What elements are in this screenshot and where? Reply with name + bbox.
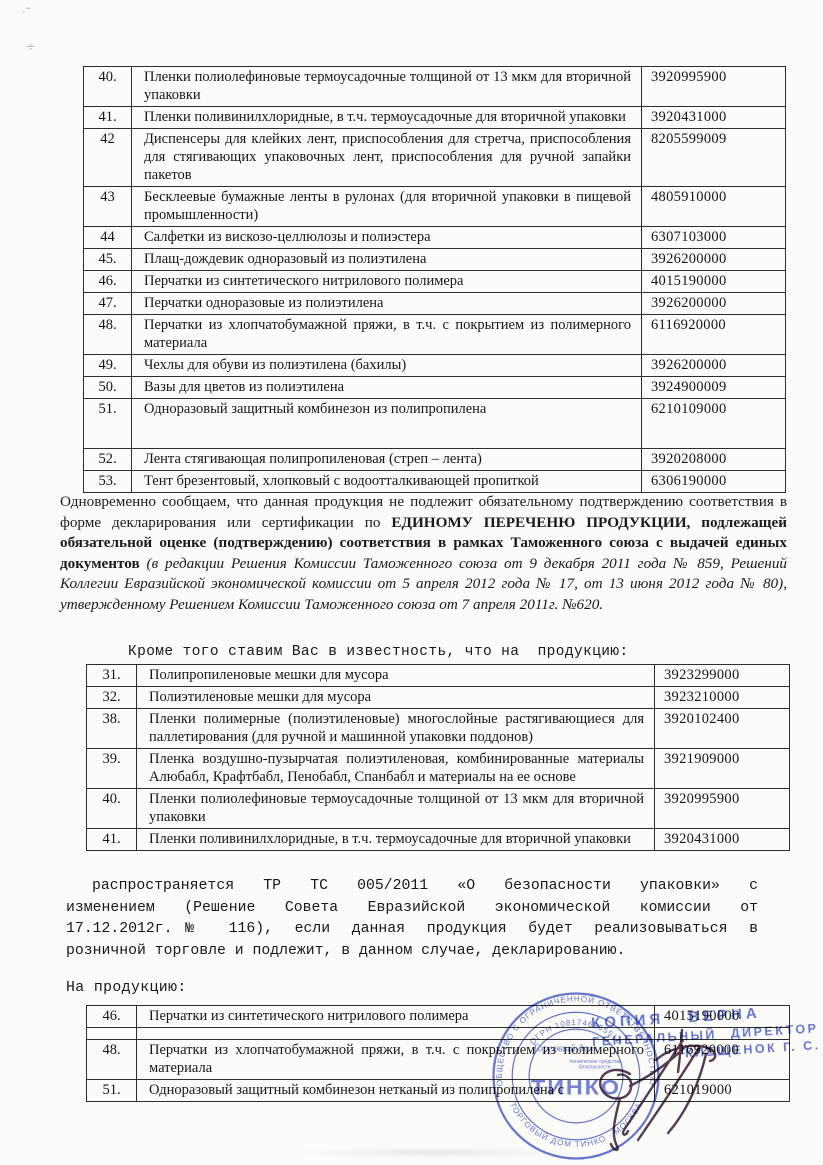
heading-krome-togo: Кроме того ставим Вас в известность, что… [128,644,629,660]
cell-desc: Полиэтиленовые мешки для мусора [137,687,655,709]
pencil-mark: ·˜ [22,6,31,19]
cell-num: 48. [87,1040,137,1080]
statement-italic: (в редакции Решения Комиссии Таможенного… [60,555,787,613]
scanned-document-page: ·˜ ÷ 40.Пленки полиолефиновые термоусадо… [0,0,823,1165]
cell-code: 3920208000 [642,449,786,471]
table-row: 41.Пленки поливинилхлоридные, в т.ч. тер… [87,829,790,851]
cell-code: 3920431000 [655,829,790,851]
products-table-middle: 31.Полипропиленовые мешки для мусора3923… [86,664,790,851]
signature [560,1018,740,1160]
cell-num [87,1028,137,1040]
cell-code: 3926200000 [642,249,786,271]
cell-num: 32. [87,687,137,709]
cell-desc: Диспенсеры для клейких лент, приспособле… [132,129,642,187]
cell-code: 3920431000 [642,107,786,129]
cell-desc: Пленки полимерные (полиэтиленовые) много… [137,709,655,749]
cell-desc: Перчатки одноразовые из полиэтилена [132,293,642,315]
table-row: 40.Пленки полиолефиновые термоусадочные … [84,67,786,107]
cell-num: 44 [84,227,132,249]
table-row: 38.Пленки полимерные (полиэтиленовые) мн… [87,709,790,749]
table-row: 50.Вазы для цветов из полиэтилена3924900… [84,377,786,399]
table-row: 44Салфетки из вискозо-целлюлозы и полиэс… [84,227,786,249]
cell-num: 46. [84,271,132,293]
mono-paragraph-line: розничной торговле и подлежит, в данном … [66,941,758,963]
mono-paragraph-line: 17.12.2012г.№ 116), если данная продукци… [66,919,758,941]
cell-desc: Пленки поливинилхлоридные, в т.ч. термоу… [132,107,642,129]
cell-code: 8205599009 [642,129,786,187]
cell-desc: Одноразовый защитный комбинезон из полип… [132,399,642,449]
table-row: 39.Пленка воздушно-пузырчатая полиэтилен… [87,749,790,789]
cell-num: 49. [84,355,132,377]
cell-num: 48. [84,315,132,355]
cell-desc: Перчатки из хлопчатобумажной пряжи, в т.… [132,315,642,355]
cell-num: 51. [87,1080,137,1102]
cell-desc: Бесклеевые бумажные ленты в рулонах (для… [132,187,642,227]
cell-num: 51. [84,399,132,449]
products-table-upper: 40.Пленки полиолефиновые термоусадочные … [83,66,786,493]
cell-num: 40. [87,789,137,829]
cell-desc: Чехлы для обуви из полиэтилена (бахилы) [132,355,642,377]
table-row: 40.Пленки полиолефиновые термоусадочные … [87,789,790,829]
tr-ts-paragraph: распространяется ТР ТС 005/2011 «О безоп… [66,876,758,962]
table-row: 48.Перчатки из хлопчатобумажной пряжи, в… [84,315,786,355]
cell-num: 45. [84,249,132,271]
cell-num: 41. [84,107,132,129]
pencil-mark: ÷ [26,40,35,53]
cell-num: 38. [87,709,137,749]
cell-num: 52. [84,449,132,471]
cell-desc: Тент брезентовый, хлопковый с водоотталк… [132,471,642,493]
cell-desc: Плащ-дождевик одноразовый из полиэтилена [132,249,642,271]
cell-desc: Пленки поливинилхлоридные, в т.ч. термоу… [137,829,655,851]
table-row: 45.Плащ-дождевик одноразовый из полиэтил… [84,249,786,271]
cell-code: 3920995900 [655,789,790,829]
cell-code: 3921909000 [655,749,790,789]
cell-desc: Пленки полиолефиновые термоусадочные тол… [132,67,642,107]
cell-desc: Пленки полиолефиновые термоусадочные тол… [137,789,655,829]
table-row: 31.Полипропиленовые мешки для мусора3923… [87,665,790,687]
table-row: 43Бесклеевые бумажные ленты в рулонах (д… [84,187,786,227]
cell-code: 3923299000 [655,665,790,687]
cell-num: 40. [84,67,132,107]
cell-code: 3926200000 [642,355,786,377]
table-row: 47.Перчатки одноразовые из полиэтилена39… [84,293,786,315]
cell-code: 3920102400 [655,709,790,749]
cell-num: 41. [87,829,137,851]
cell-num: 46. [87,1006,137,1028]
table-row: 51.Одноразовый защитный комбинезон из по… [84,399,786,449]
cell-code: 3923210000 [655,687,790,709]
heading-na-produkciyu: На продукцию: [66,980,187,996]
cell-num: 42 [84,129,132,187]
cell-code: 6306190000 [642,471,786,493]
table-row: 53.Тент брезентовый, хлопковый с водоотт… [84,471,786,493]
cell-desc: Перчатки из синтетического нитрилового п… [132,271,642,293]
cell-code: 6307103000 [642,227,786,249]
cell-code: 4805910000 [642,187,786,227]
table-row: 46.Перчатки из синтетического нитриловог… [84,271,786,293]
cell-num: 39. [87,749,137,789]
mono-paragraph-line: распространяется ТР ТС 005/2011 «О безоп… [66,876,758,898]
cell-code: 4015190000 [642,271,786,293]
cell-desc: Пленка воздушно-пузырчатая полиэтиленова… [137,749,655,789]
mono-paragraph-line: изменением (Решение Совета Евразийской э… [66,898,758,920]
scan-smudge [300,1148,570,1157]
table-row: 52.Лента стягивающая полипропиленовая (с… [84,449,786,471]
cell-code: 6210109000 [642,399,786,449]
cell-code: 3920995900 [642,67,786,107]
table-row: 32.Полиэтиленовые мешки для мусора392321… [87,687,790,709]
cell-num: 50. [84,377,132,399]
cell-code: 6116920000 [642,315,786,355]
cell-code: 3926200000 [642,293,786,315]
cell-num: 47. [84,293,132,315]
cell-num: 43 [84,187,132,227]
cell-desc: Лента стягивающая полипропиленовая (стре… [132,449,642,471]
cell-code: 3924900009 [642,377,786,399]
cell-desc: Вазы для цветов из полиэтилена [132,377,642,399]
table-row: 41.Пленки поливинилхлоридные, в т.ч. тер… [84,107,786,129]
table-row: 49.Чехлы для обуви из полиэтилена (бахил… [84,355,786,377]
table-row: 42Диспенсеры для клейких лент, приспособ… [84,129,786,187]
cell-num: 53. [84,471,132,493]
cell-num: 31. [87,665,137,687]
cell-desc: Салфетки из вискозо-целлюлозы и полиэсте… [132,227,642,249]
statement-paragraph: Одновременно сообщаем, что данная продук… [60,492,787,616]
cell-desc: Полипропиленовые мешки для мусора [137,665,655,687]
